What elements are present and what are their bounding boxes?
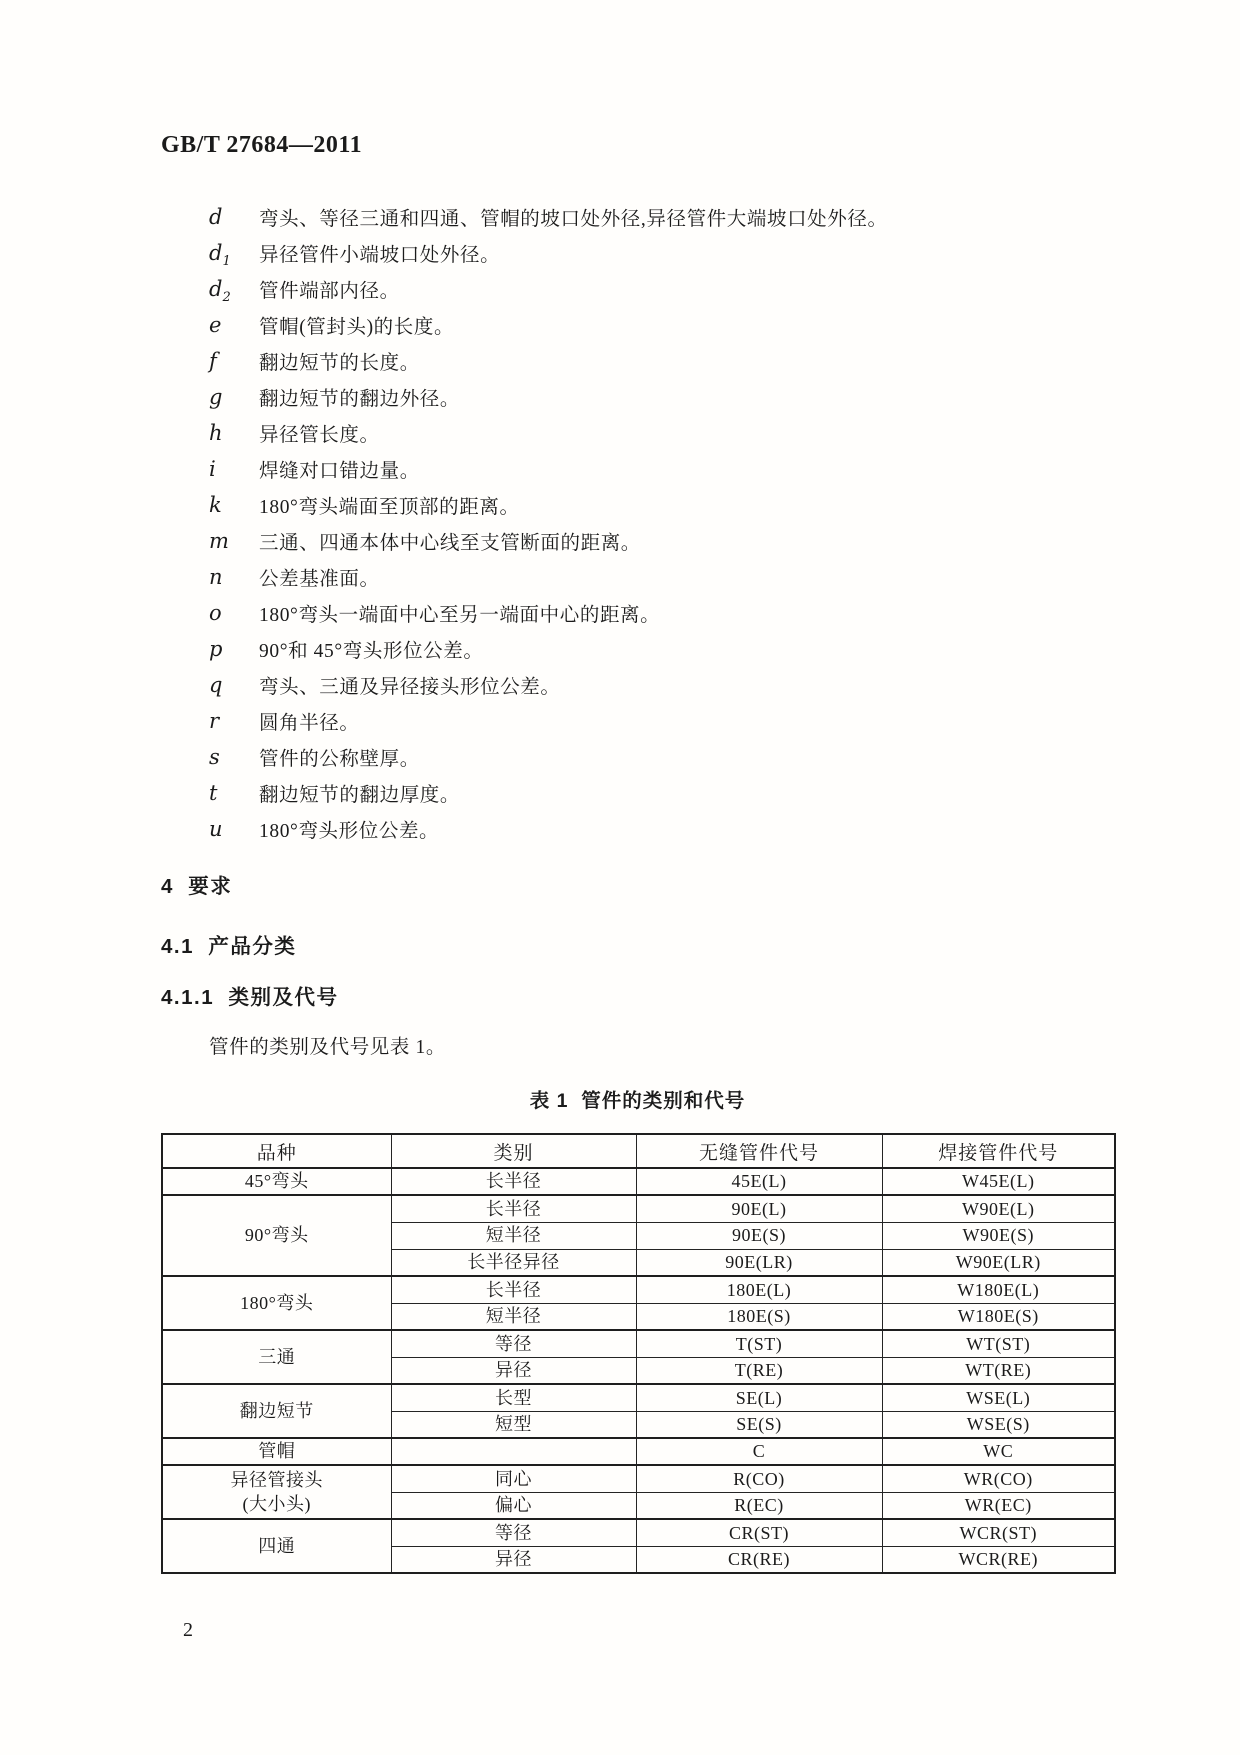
definition-item: m三通、四通本体中心线至支管断面的距离。 <box>209 523 888 559</box>
definition-symbol: o <box>209 601 259 625</box>
table-cell-variety: 180°弯头 <box>162 1276 391 1330</box>
table-row: 异径管接头(大小头)同心R(CO)WR(CO) <box>162 1465 1115 1492</box>
table-cell-welded-code: W180E(L) <box>882 1276 1115 1303</box>
table-cell-seamless-code: C <box>636 1438 882 1465</box>
table-cell-welded-code: WC <box>882 1438 1115 1465</box>
table-head: 品种类别无缝管件代号焊接管件代号 <box>162 1134 1115 1168</box>
definition-text: 异径管长度。 <box>259 419 380 447</box>
definition-symbol: k <box>209 493 259 517</box>
definition-item: h异径管长度。 <box>209 415 888 451</box>
table-cell-category: 短半径 <box>391 1303 636 1330</box>
table-cell-seamless-code: 180E(L) <box>636 1276 882 1303</box>
table-cell-welded-code: WCR(RE) <box>882 1546 1115 1573</box>
table-cell-seamless-code: R(EC) <box>636 1492 882 1519</box>
table-cell-category: 长半径 <box>391 1195 636 1222</box>
definition-item: o180°弯头一端面中心至另一端面中心的距离。 <box>209 595 888 631</box>
definition-symbol: q <box>209 673 259 697</box>
table-header-cell: 类别 <box>391 1134 636 1168</box>
definitions-list: d弯头、等径三通和四通、管帽的坡口处外径,异径管件大端坡口处外径。d1异径管件小… <box>209 199 888 847</box>
table-cell-welded-code: W180E(S) <box>882 1303 1115 1330</box>
table-row: 管帽CWC <box>162 1438 1115 1465</box>
table-cell-variety: 45°弯头 <box>162 1168 391 1195</box>
table-cell-variety: 翻边短节 <box>162 1384 391 1438</box>
table-body: 45°弯头长半径45E(L)W45E(L)90°弯头长半径90E(L)W90E(… <box>162 1168 1115 1573</box>
definition-text: 180°弯头端面至顶部的距离。 <box>259 491 520 519</box>
table-cell-category: 短半径 <box>391 1222 636 1249</box>
definition-symbol: i <box>209 457 259 481</box>
table-cell-seamless-code: 90E(S) <box>636 1222 882 1249</box>
definition-item: f翻边短节的长度。 <box>209 343 888 379</box>
table-cell-variety: 90°弯头 <box>162 1195 391 1276</box>
table-cell-seamless-code: CR(RE) <box>636 1546 882 1573</box>
definition-symbol: t <box>209 781 259 805</box>
table-header-cell: 无缝管件代号 <box>636 1134 882 1168</box>
definition-item: d1异径管件小端坡口处外径。 <box>209 235 888 271</box>
table-cell-welded-code: W45E(L) <box>882 1168 1115 1195</box>
table-cell-seamless-code: SE(L) <box>636 1384 882 1411</box>
definition-text: 管帽(管封头)的长度。 <box>259 311 454 339</box>
table-cell-variety: 异径管接头(大小头) <box>162 1465 391 1519</box>
definition-symbol: u <box>209 817 259 841</box>
definition-item: k180°弯头端面至顶部的距离。 <box>209 487 888 523</box>
definition-text: 三通、四通本体中心线至支管断面的距离。 <box>259 527 641 555</box>
table-cell-welded-code: WSE(L) <box>882 1384 1115 1411</box>
table-cell-welded-code: W90E(LR) <box>882 1249 1115 1276</box>
table-cell-category: 短型 <box>391 1411 636 1438</box>
table-cell-seamless-code: R(CO) <box>636 1465 882 1492</box>
definition-symbol: n <box>209 565 259 589</box>
table-cell-welded-code: W90E(L) <box>882 1195 1115 1222</box>
definition-symbol: r <box>209 709 259 733</box>
definition-item: p90°和 45°弯头形位公差。 <box>209 631 888 667</box>
definition-item: n公差基准面。 <box>209 559 888 595</box>
table-1: 品种类别无缝管件代号焊接管件代号 45°弯头长半径45E(L)W45E(L)90… <box>161 1133 1116 1574</box>
table-cell-seamless-code: 180E(S) <box>636 1303 882 1330</box>
definition-item: q弯头、三通及异径接头形位公差。 <box>209 667 888 703</box>
table-header-row: 品种类别无缝管件代号焊接管件代号 <box>162 1134 1115 1168</box>
definition-item: u180°弯头形位公差。 <box>209 811 888 847</box>
table-cell-seamless-code: 90E(L) <box>636 1195 882 1222</box>
table-title: 表 1 管件的类别和代号 <box>161 1085 1114 1113</box>
table-cell-welded-code: W90E(S) <box>882 1222 1115 1249</box>
document-page: GB/T 27684—2011 d弯头、等径三通和四通、管帽的坡口处外径,异径管… <box>0 0 1240 1755</box>
definition-item: g翻边短节的翻边外径。 <box>209 379 888 415</box>
table-cell-category <box>391 1438 636 1465</box>
definition-item: s管件的公称壁厚。 <box>209 739 888 775</box>
table-row: 翻边短节长型SE(L)WSE(L) <box>162 1384 1115 1411</box>
definition-text: 翻边短节的长度。 <box>259 347 420 375</box>
definition-symbol: d <box>209 205 259 229</box>
definition-text: 翻边短节的翻边外径。 <box>259 383 460 411</box>
table-cell-welded-code: WSE(S) <box>882 1411 1115 1438</box>
definition-symbol: f <box>209 349 259 373</box>
definition-symbol: p <box>209 637 259 661</box>
definition-text: 90°和 45°弯头形位公差。 <box>259 635 483 663</box>
table-cell-welded-code: WCR(ST) <box>882 1519 1115 1546</box>
definition-symbol: h <box>209 421 259 445</box>
table-row: 180°弯头长半径180E(L)W180E(L) <box>162 1276 1115 1303</box>
table-row: 90°弯头长半径90E(L)W90E(L) <box>162 1195 1115 1222</box>
definition-item: t翻边短节的翻边厚度。 <box>209 775 888 811</box>
table-cell-variety: 管帽 <box>162 1438 391 1465</box>
table-cell-category: 偏心 <box>391 1492 636 1519</box>
table-cell-welded-code: WR(CO) <box>882 1465 1115 1492</box>
table-cell-seamless-code: T(ST) <box>636 1330 882 1357</box>
table-cell-category: 长半径异径 <box>391 1249 636 1276</box>
table-cell-variety: 三通 <box>162 1330 391 1384</box>
table-header-cell: 焊接管件代号 <box>882 1134 1115 1168</box>
table-row: 45°弯头长半径45E(L)W45E(L) <box>162 1168 1115 1195</box>
definition-item: e管帽(管封头)的长度。 <box>209 307 888 343</box>
definition-symbol: d2 <box>209 277 259 301</box>
table-cell-seamless-code: 90E(LR) <box>636 1249 882 1276</box>
definition-symbol: e <box>209 313 259 337</box>
definition-text: 管件端部内径。 <box>259 275 400 303</box>
section-heading-4: 4 要求 <box>161 869 232 899</box>
definition-text: 焊缝对口错边量。 <box>259 455 420 483</box>
table-cell-seamless-code: SE(S) <box>636 1411 882 1438</box>
definition-text: 公差基准面。 <box>259 563 380 591</box>
table-cell-category: 长型 <box>391 1384 636 1411</box>
table-cell-seamless-code: 45E(L) <box>636 1168 882 1195</box>
table-cell-category: 等径 <box>391 1519 636 1546</box>
table-row: 三通等径T(ST)WT(ST) <box>162 1330 1115 1357</box>
definition-item: d2管件端部内径。 <box>209 271 888 307</box>
table-cell-welded-code: WR(EC) <box>882 1492 1115 1519</box>
definition-text: 管件的公称壁厚。 <box>259 743 420 771</box>
table-cell-category: 长半径 <box>391 1168 636 1195</box>
definition-item: i焊缝对口错边量。 <box>209 451 888 487</box>
table-header-cell: 品种 <box>162 1134 391 1168</box>
table-cell-category: 异径 <box>391 1357 636 1384</box>
table-cell-category: 同心 <box>391 1465 636 1492</box>
table-row: 四通等径CR(ST)WCR(ST) <box>162 1519 1115 1546</box>
table-cell-welded-code: WT(RE) <box>882 1357 1115 1384</box>
body-paragraph: 管件的类别及代号见表 1。 <box>209 1031 446 1059</box>
table-cell-variety: 四通 <box>162 1519 391 1573</box>
definition-text: 180°弯头形位公差。 <box>259 815 439 843</box>
table-cell-welded-code: WT(ST) <box>882 1330 1115 1357</box>
section-heading-4-1: 4.1 产品分类 <box>161 929 296 959</box>
definition-symbol: g <box>209 385 259 409</box>
standard-number: GB/T 27684—2011 <box>161 132 362 159</box>
definition-text: 弯头、等径三通和四通、管帽的坡口处外径,异径管件大端坡口处外径。 <box>259 203 888 231</box>
definition-text: 异径管件小端坡口处外径。 <box>259 239 500 267</box>
table-cell-category: 异径 <box>391 1546 636 1573</box>
table-cell-category: 长半径 <box>391 1276 636 1303</box>
definition-text: 圆角半径。 <box>259 707 360 735</box>
table-cell-category: 等径 <box>391 1330 636 1357</box>
page-number: 2 <box>183 1619 193 1642</box>
definition-item: d弯头、等径三通和四通、管帽的坡口处外径,异径管件大端坡口处外径。 <box>209 199 888 235</box>
section-heading-4-1-1: 4.1.1 类别及代号 <box>161 980 339 1010</box>
definition-text: 翻边短节的翻边厚度。 <box>259 779 460 807</box>
definition-item: r圆角半径。 <box>209 703 888 739</box>
definition-symbol: s <box>209 745 259 769</box>
table-cell-seamless-code: T(RE) <box>636 1357 882 1384</box>
table-cell-seamless-code: CR(ST) <box>636 1519 882 1546</box>
definition-text: 180°弯头一端面中心至另一端面中心的距离。 <box>259 599 660 627</box>
definition-symbol: d1 <box>209 241 259 265</box>
definition-symbol: m <box>209 529 259 553</box>
definition-text: 弯头、三通及异径接头形位公差。 <box>259 671 561 699</box>
